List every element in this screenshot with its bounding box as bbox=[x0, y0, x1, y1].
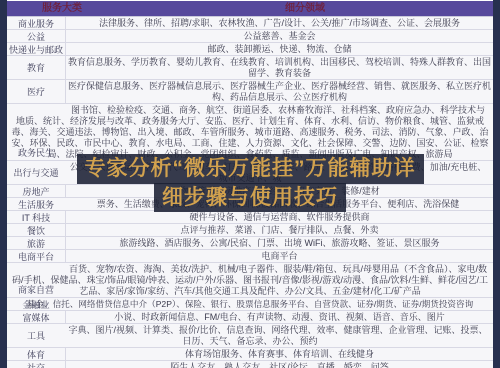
table-row: 政务民生图书馆、检验检疫、交通、商务、航空、街道居委、农林畜牧海洋、社科档案、政… bbox=[7, 104, 493, 161]
row-category-label: 政务民生 bbox=[7, 104, 65, 160]
row-category-label: 电商平台 bbox=[7, 250, 65, 262]
table-header-row: 服务大类 细分领域 bbox=[7, 1, 493, 17]
row-items-text: 硬件与设备、通信与运营商、软件服务提供商 bbox=[65, 211, 493, 223]
table-row: 餐饮点评与推荐、菜谱、门店、餐厅排队、点餐、外卖 bbox=[7, 224, 493, 237]
row-items-text: 邮政、装卸搬运、快递、物流、仓储 bbox=[65, 43, 493, 55]
row-items-text: 体育场馆服务、体育赛事、体育培训、在线健身 bbox=[65, 348, 493, 360]
row-items-text: 图书馆、检验检疫、交通、商务、航空、街道居委、农林畜牧海洋、社科档案、政府应急办… bbox=[7, 104, 493, 160]
row-items-text: 法律服务、律所、招聘/求职、农林牧渔、广告/设计、公关/推广/市场调查、公证、会… bbox=[65, 17, 493, 29]
row-category-label: IT 科技 bbox=[7, 211, 65, 223]
row-items-text: 医疗保健信息服务、医疗器械信息展示、医疗器械生产企业、医疗器械经营、销售、就医服… bbox=[65, 80, 493, 103]
row-items-text: 教育信息服务、学历教育、婴幼儿教育、在线教育、培训机构、出国移民、驾校培训、特殊… bbox=[65, 56, 493, 79]
header-service-category: 服务大类 bbox=[7, 1, 117, 16]
table-row: 快递业与邮政邮政、装卸搬运、快递、物流、仓储 bbox=[7, 43, 493, 56]
row-items-text: 陌生人交友、熟人交友、社区/论坛、直播、婚恋、问答 bbox=[65, 361, 493, 368]
banner-line-2-text: 细步骤与使用技巧 bbox=[154, 183, 346, 213]
row-category-label: 工具 bbox=[7, 324, 65, 347]
row-category-label: 社交 bbox=[7, 361, 65, 368]
row-category-label: 商业服务 bbox=[7, 17, 65, 29]
banner-line-1-text: 专家分析“微乐万能挂”万能辅助详 bbox=[77, 154, 424, 184]
table-row: 旅游旅游线路、酒店服务、公寓/民宿、门票、出境 WiFi、旅游攻略、签证、景区服… bbox=[7, 237, 493, 250]
row-category-label: 金融业 bbox=[7, 298, 65, 310]
row-category-label: 富媒体 bbox=[7, 311, 65, 323]
table-row: 社交陌生人交友、熟人交友、社区/论坛、直播、婚恋、问答 bbox=[7, 361, 493, 368]
row-category-label: 医疗 bbox=[7, 80, 65, 103]
row-category-label: 教育 bbox=[7, 56, 65, 79]
banner-line-2: 细步骤与使用技巧 bbox=[0, 183, 500, 213]
table-row: 教育教育信息服务、学历教育、婴幼儿教育、在线教育、培训机构、出国移民、驾校培训、… bbox=[7, 56, 493, 80]
row-category-label: 体育 bbox=[7, 348, 65, 360]
row-category-label: 商家自营 bbox=[7, 263, 65, 297]
row-items-text: 百货、宠物/农资、海淘、美妆/洗护、机械/电子器件、服装/鞋/箱包、玩具/母婴用… bbox=[7, 263, 493, 297]
banner-line-1: 专家分析“微乐万能挂”万能辅助详 bbox=[0, 154, 500, 184]
table-row: IT 科技硬件与设备、通信与运营商、软件服务提供商 bbox=[7, 211, 493, 224]
row-category-label: 餐饮 bbox=[7, 224, 65, 236]
header-subdivision: 细分领域 bbox=[117, 1, 493, 16]
table-row: 富媒体小说、时政新闻信息、FM/电台、有声读物、动漫、资讯、视频、语音、音乐、图… bbox=[7, 311, 493, 324]
row-category-label: 公益 bbox=[7, 30, 65, 42]
table-row: 工具字典、图片/视频、计算类、报价/比价、信息查询、网络代理、效率、健康管理、企… bbox=[7, 324, 493, 348]
table-row: 电商平台电商平台 bbox=[7, 250, 493, 263]
row-items-text: 小说、时政新闻信息、FM/电台、有声读物、动漫、资讯、视频、语音、音乐、图片 bbox=[65, 311, 493, 323]
row-items-text: 点评与推荐、菜谱、门店、餐厅排队、点餐、外卖 bbox=[65, 224, 493, 236]
row-items-text: 公益慈善、基金会 bbox=[65, 30, 493, 42]
table-row: 金融业基金、信托、网络借贷信息中介（P2P）、保险、银行、股票信息服务平台、自营… bbox=[7, 298, 493, 311]
table-row: 体育体育场馆服务、体育赛事、体育培训、在线健身 bbox=[7, 348, 493, 361]
row-items-text: 旅游线路、酒店服务、公寓/民宿、门票、出境 WiFi、旅游攻略、签证、景区服务 bbox=[65, 237, 493, 249]
row-items-text: 基金、信托、网络借贷信息中介（P2P）、保险、银行、股票信息服务平台、自营贷款、… bbox=[7, 298, 493, 310]
table-row: 商业服务法律服务、律所、招聘/求职、农林牧渔、广告/设计、公关/推广/市场调查、… bbox=[7, 17, 493, 30]
table-row: 公益公益慈善、基金会 bbox=[7, 30, 493, 43]
row-items-text: 字典、图片/视频、计算类、报价/比价、信息查询、网络代理、效率、健康管理、企业管… bbox=[7, 324, 493, 347]
row-category-label: 快递业与邮政 bbox=[7, 43, 65, 55]
table-row: 商家自营百货、宠物/农资、海淘、美妆/洗护、机械/电子器件、服装/鞋/箱包、玩具… bbox=[7, 263, 493, 298]
table-row: 医疗医疗保健信息服务、医疗器械信息展示、医疗器械生产企业、医疗器械经营、销售、就… bbox=[7, 80, 493, 104]
row-items-text: 电商平台 bbox=[65, 250, 493, 262]
overlay-banner: 专家分析“微乐万能挂”万能辅助详 细步骤与使用技巧 bbox=[0, 154, 500, 212]
row-category-label: 旅游 bbox=[7, 237, 65, 249]
